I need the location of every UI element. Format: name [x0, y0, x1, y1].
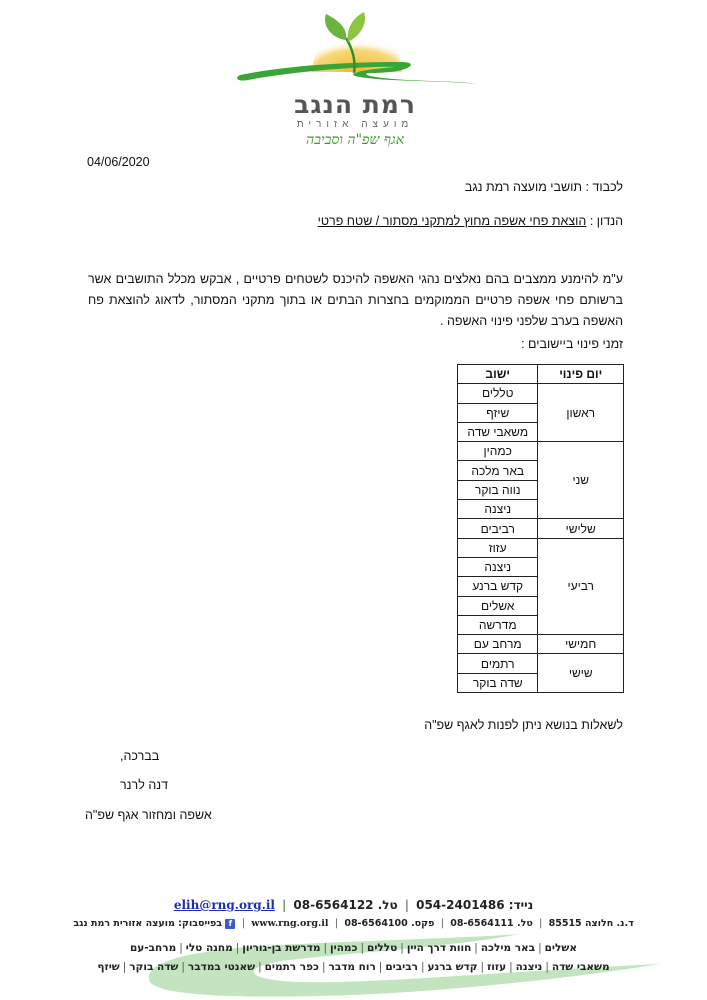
separator: |	[319, 961, 329, 973]
settlement-cell: טללים	[458, 384, 538, 403]
pickup-day-cell: רביעי	[538, 538, 624, 634]
footer-settlement-name: טללים	[367, 942, 397, 954]
pickup-day-cell: ראשון	[538, 384, 624, 442]
logo-title: רמת הנגב	[230, 90, 480, 119]
separator: |	[438, 918, 447, 929]
body-paragraph: ע"מ להימנע ממצבים בהם נאלצים נהגי האשפה …	[88, 269, 623, 332]
footer-settlement-name: כמהין	[330, 942, 357, 954]
footer-settlement-name: באר מילכה	[481, 942, 535, 954]
footer-tel: טל. 08-6564111	[450, 918, 533, 929]
footer-settlements-line-1: אשלים|באר מילכה|חוות דרך היין|טללים|כמהי…	[0, 942, 707, 954]
letter-body: ע"מ להימנע ממצבים בהם נאלצים נהגי האשפה …	[88, 269, 623, 332]
footer-website[interactable]: www.rng.org.il	[251, 918, 328, 929]
footer-settlement-name: אשלים	[545, 942, 577, 954]
footer-settlement-name: רביבים	[385, 961, 418, 973]
separator: |	[506, 961, 516, 973]
pickup-day-cell: שישי	[538, 654, 624, 693]
settlement-cell: רתמים	[458, 654, 538, 673]
footer-settlement-name: מחנה טלי	[186, 942, 233, 954]
footer-facebook: בפייסבוק: מועצה אזורית רמת נגב	[73, 918, 222, 929]
table-row: חמישימרחב עם	[458, 635, 624, 654]
council-logo: רמת הנגב מועצה אזורית אגף שפ"ה וסביבה	[230, 10, 480, 150]
signer-department: אשפה ומחזור אגף שפ"ה	[85, 806, 212, 824]
settlement-cell: אשלים	[458, 596, 538, 615]
separator: |	[376, 961, 386, 973]
separator: |	[176, 942, 186, 954]
separator: |	[542, 961, 552, 973]
separator: |	[418, 961, 428, 973]
settlement-cell: באר מלכה	[458, 461, 538, 480]
footer-address-line: ד.נ. חלוצה 85515 | טל. 08-6564111 | פקס.…	[0, 918, 707, 929]
footer-settlements-line-2: משאבי שדה|ניצנה|עזוז|קדש ברנע|רביבים|רוח…	[0, 961, 707, 973]
header-day: יום פינוי	[538, 365, 624, 384]
greeting: בברכה,	[120, 747, 159, 765]
separator: |	[357, 942, 367, 954]
footer-address: ד.נ. חלוצה 85515	[549, 918, 634, 929]
facebook-icon[interactable]: f	[225, 919, 235, 929]
settlement-cell: עזוז	[458, 538, 538, 557]
header-settlement: ישוב	[458, 365, 538, 384]
footer-settlement-name: מרחב-עם	[130, 942, 176, 954]
settlement-cell: נווה בוקר	[458, 480, 538, 499]
settlement-cell: שיזף	[458, 403, 538, 422]
footer-settlement-name: חוות דרך היין	[407, 942, 471, 954]
separator: |	[402, 898, 412, 912]
separator: |	[239, 918, 248, 929]
settlement-cell: קדש ברנע	[458, 577, 538, 596]
separator: |	[535, 942, 545, 954]
footer-fax: פקס. 08-6564100	[344, 918, 434, 929]
schedule-title: זמני פינוי ביישובים :	[521, 335, 623, 353]
separator: |	[397, 942, 407, 954]
logo-subtitle: מועצה אזורית	[230, 119, 480, 130]
separator: |	[120, 961, 130, 973]
table-row: שלישירביבים	[458, 519, 624, 538]
settlement-cell: ניצנה	[458, 500, 538, 519]
table-row: שניכמהין	[458, 442, 624, 461]
subject-label: הנדון :	[590, 214, 623, 228]
separator: |	[536, 918, 545, 929]
footer-settlement-name: קדש ברנע	[428, 961, 478, 973]
separator: |	[478, 961, 488, 973]
footer-mobile: נייד: 054-2401486	[416, 898, 533, 912]
footer-settlement-name: כפר רתמים	[265, 961, 319, 973]
signer-name: דנה לרנר	[120, 776, 168, 794]
letter-recipient: לכבוד : תושבי מועצה רמת נגב	[465, 178, 623, 196]
pickup-schedule-table: יום פינוי ישוב ראשוןטלליםשיזףמשאבי שדהשנ…	[457, 364, 624, 693]
footer-settlement-name: משאבי שדה	[552, 961, 610, 973]
questions-note: לשאלות בנושא ניתן לפנות לאגף שפ"ה	[424, 716, 623, 734]
settlement-cell: משאבי שדה	[458, 422, 538, 441]
separator: |	[332, 918, 341, 929]
settlement-cell: מרחב עם	[458, 635, 538, 654]
pickup-day-cell: חמישי	[538, 635, 624, 654]
separator: |	[255, 961, 265, 973]
table-row: ראשוןטללים	[458, 384, 624, 403]
settlement-cell: מדרשה	[458, 615, 538, 634]
footer-settlement-name: שדה בוקר	[129, 961, 178, 973]
table-row: רביעיעזוז	[458, 538, 624, 557]
table-row: שישירתמים	[458, 654, 624, 673]
table-header-row: יום פינוי ישוב	[458, 365, 624, 384]
pickup-day-cell: שלישי	[538, 519, 624, 538]
separator: |	[320, 942, 330, 954]
settlement-cell: שדה בוקר	[458, 673, 538, 692]
subject-text: הוצאת פחי אשפה מחוץ למתקני מסתור / שטח פ…	[318, 214, 587, 228]
letter-date: 04/06/2020	[87, 153, 150, 171]
separator: |	[471, 942, 481, 954]
footer-email-link[interactable]: elih@rng.org.il	[174, 898, 275, 912]
settlement-cell: רביבים	[458, 519, 538, 538]
footer-phone: טל. 08-6564122	[293, 898, 397, 912]
footer-settlement-name: שיזף	[97, 961, 119, 973]
footer-contact-line: נייד: 054-2401486 | טל. 08-6564122 | eli…	[0, 898, 707, 912]
settlement-cell: כמהין	[458, 442, 538, 461]
separator: |	[233, 942, 243, 954]
footer-settlement-name: ניצנה	[516, 961, 543, 973]
letter-subject: הנדון : הוצאת פחי אשפה מחוץ למתקני מסתור…	[318, 212, 623, 230]
settlement-cell: ניצנה	[458, 557, 538, 576]
sprout-sun-icon	[230, 10, 480, 100]
footer-settlement-name: שאנטי במדבר	[188, 961, 255, 973]
footer-settlement-name: רוח מדבר	[329, 961, 376, 973]
footer-settlement-name: מדרשת בן-גוריון	[242, 942, 320, 954]
separator: |	[279, 898, 289, 912]
separator: |	[178, 961, 188, 973]
footer-settlement-name: עזוז	[487, 961, 506, 973]
pickup-day-cell: שני	[538, 442, 624, 519]
logo-tagline: אגף שפ"ה וסביבה	[230, 132, 480, 149]
